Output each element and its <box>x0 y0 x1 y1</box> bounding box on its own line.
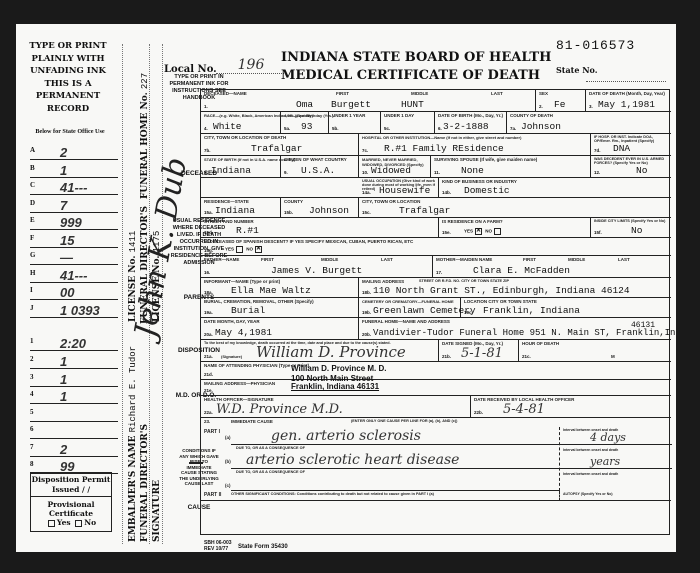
code-line-i: I00 <box>30 286 118 300</box>
part-2-section[interactable]: PART II OTHER SIGNIFICANT CONDITIONS: Co… <box>201 491 559 501</box>
provisional-no-checkbox[interactable] <box>75 520 82 527</box>
race-field[interactable]: RACE—(e.g. White, Black, American Indian… <box>201 112 281 133</box>
code-line-c: C41--- <box>30 181 118 195</box>
attending-physician-field[interactable]: NAME OF ATTENDING PHYSICIAN (Type or Pri… <box>201 362 671 380</box>
residence-state-field[interactable]: RESIDENCE—STATE 15a. Indiana <box>201 198 281 217</box>
spanish-no-checkbox[interactable]: ✕ <box>255 246 262 253</box>
cause-b-line[interactable]: (b) arterio sclerotic heart disease <box>231 447 559 469</box>
code-line-2: 21 <box>30 355 118 369</box>
marital-status-field[interactable]: MARRIED, NEVER MARRIED, WIDOWED, DIVORCE… <box>359 156 431 177</box>
interval-b[interactable]: Interval between onset and death years <box>560 447 672 469</box>
under-1-year-field[interactable]: UNDER 1 YEAR 5b. <box>329 112 381 133</box>
state-form-number: State Form 35430 <box>238 544 288 550</box>
instruction-line: THIS IS A <box>22 78 114 91</box>
instruction-line: UNFADING INK <box>22 65 114 78</box>
city-limits-field[interactable]: INSIDE CITY LIMITS (Specify Yes or No) 1… <box>591 218 671 237</box>
form-code: SBH 06-003 REV 10/77 <box>204 540 232 552</box>
row-street: STREET AND NUMBER 15d. R.#1 IS RESIDENCE… <box>201 218 671 238</box>
instruction-line: RECORD <box>22 103 114 116</box>
row-health-officer: HEALTH OFFICER—SIGNATURE 22a. W.D. Provi… <box>201 396 671 418</box>
surviving-spouse-field[interactable]: SURVIVING SPOUSE (If wife, give maiden n… <box>431 156 591 177</box>
local-no-value: 196 <box>216 57 286 74</box>
code-line-j: J1 0393 <box>30 304 118 318</box>
informant-address-field[interactable]: MAILING ADDRESS STREET OR R.F.D. NO. CIT… <box>359 278 671 297</box>
residence-street-field[interactable]: STREET AND NUMBER 15d. R.#1 <box>201 218 439 237</box>
row-residence: RESIDENCE—STATE 15a. Indiana COUNTY 15b.… <box>201 198 671 218</box>
physician-address-field[interactable]: MAILING ADDRESS—PHYSICIAN 21e. Franklin,… <box>201 380 671 396</box>
sex-field[interactable]: SEX 2. Fe <box>536 90 586 111</box>
interval-c[interactable]: Interval between onset and death <box>560 471 672 491</box>
part-1-section: PART I (a) gen. arterio sclerosis DUE TO… <box>201 427 671 501</box>
instruction-line: TYPE OR PRINT <box>22 40 114 53</box>
immediate-cause-header: 23. IMMEDIATE CAUSE (ENTER ONLY ONE CAUS… <box>201 418 671 427</box>
code-line-e: E999 <box>30 216 118 230</box>
interval-a[interactable]: Interval between onset and death 4 days <box>560 427 672 445</box>
conditions-arrow <box>189 462 203 464</box>
row-place-of-death: CITY, TOWN OR LOCATION OF DEATH 7b. Traf… <box>201 134 671 156</box>
funeral-home-field[interactable]: FUNERAL HOME—NAME AND ADDRESS 20b. Vandi… <box>359 318 671 339</box>
title-line-1: INDIANA STATE BOARD OF HEALTH <box>281 50 551 65</box>
row-parents: FATHER—NAME FIRST MIDDLE LAST 16. James … <box>201 256 671 278</box>
code-line-6: 6 <box>30 425 118 439</box>
blank-cell <box>201 178 359 197</box>
row-race-age: RACE—(e.g. White, Black, American Indian… <box>201 112 671 134</box>
farm-no-checkbox[interactable] <box>494 228 501 235</box>
cemetery-location-field[interactable]: LOCATION CITY OR TOWN STATE 19c. Frankli… <box>461 298 671 317</box>
date-received-field[interactable]: DATE RECEIVED BY LOCAL HEALTH OFFICER 22… <box>471 396 671 417</box>
under-1-day-field[interactable]: UNDER 1 DAY 5c. <box>381 112 435 133</box>
disposition-date-field[interactable]: DATE MONTH, DAY, YEAR 20a. May 4,1981 <box>201 318 359 339</box>
disposition-method-field[interactable]: BURIAL, CREMATION, REMOVAL, OTHER (Speci… <box>201 298 359 317</box>
code-line-4: 41 <box>30 390 118 404</box>
name-field[interactable]: DECEASED—NAME FIRST MIDDLE LAST 1. Oma B… <box>201 90 536 111</box>
disposition-permit-box: Disposition Permit Issued / / Provisiona… <box>30 472 112 532</box>
code-line-3: 31 <box>30 373 118 387</box>
provisional-yes-checkbox[interactable] <box>48 520 55 527</box>
funeral-director-label: FUNERAL DIRECTOR'S <box>140 424 150 542</box>
code-line-b: B1 <box>30 164 118 178</box>
armed-forces-field[interactable]: WAS DECEDENT EVER IN U.S. ARMED FORCES? … <box>591 156 671 177</box>
city-of-death-field[interactable]: CITY, TOWN OR LOCATION OF DEATH 7b. Traf… <box>201 134 359 155</box>
title-line-2: MEDICAL CERTIFICATE OF DEATH <box>281 68 540 83</box>
row-certifier: To the best of my knowledge, death occur… <box>201 340 671 362</box>
certificate-number: 81-016573 <box>556 38 635 53</box>
instruction-line: PLAINLY WITH <box>22 53 114 66</box>
code-line-7: 72 <box>30 443 118 457</box>
hour-of-death-field[interactable]: HOUR OF DEATH 21c. M <box>519 340 671 361</box>
occupation-field[interactable]: USUAL OCCUPATION (Give kind of work done… <box>359 178 439 197</box>
embalmers-name-field: EMBALMER'S NAME Richard E. Tudor <box>128 346 138 542</box>
mother-name-field[interactable]: MOTHER—MAIDEN NAME FIRST MIDDLE LAST 17.… <box>433 256 671 277</box>
local-no-label: Local No. <box>164 64 217 75</box>
row-name: DECEASED—NAME FIRST MIDDLE LAST 1. Oma B… <box>201 90 671 112</box>
date-signed-field[interactable]: DATE SIGNED (Mo., Day, Yr.) 21b. 5-1-81 <box>439 340 519 361</box>
cemetery-field[interactable]: CEMETERY OR CREMATORY—FUNERAL HOME 19b. … <box>359 298 461 317</box>
code-line-d: D7 <box>30 199 118 213</box>
state-office-label: Below for State Office Use <box>20 128 120 135</box>
code-line-h: H41--- <box>30 269 118 283</box>
disposition-permit-label: Disposition Permit Issued / / <box>31 473 111 497</box>
residence-city-field[interactable]: CITY, TOWN OR LOCATION 15c. Trafalgar <box>359 198 671 217</box>
autopsy-field[interactable]: AUTOPSY (Specify Yes or No) <box>559 491 671 501</box>
separator <box>122 44 123 544</box>
code-line-g: G— <box>30 251 118 265</box>
code-line-f: F15 <box>30 234 118 248</box>
row-spanish: IS DECEASED OF SPANISH DESCENT? IF YES S… <box>201 238 671 256</box>
row-occupation: USUAL OCCUPATION (Give kind of work done… <box>201 178 671 198</box>
signature-label: SIGNATURE <box>152 480 162 542</box>
instructions-block: TYPE OR PRINT PLAINLY WITH UNFADING INK … <box>22 40 114 115</box>
row-birth-marital: STATE OF BIRTH (If not in U.S.A. name co… <box>201 156 671 178</box>
state-no-field[interactable] <box>586 81 666 82</box>
row-burial: BURIAL, CREMATION, REMOVAL, OTHER (Speci… <box>201 298 671 318</box>
code-line-1: 12:20 <box>30 337 118 351</box>
funeral-home-no-field: FUNERAL HOME No. 227 <box>140 73 150 199</box>
interval-column: Interval between onset and death 4 days … <box>559 427 671 491</box>
provisional-no-label: No <box>84 518 96 527</box>
informant-field[interactable]: INFORMANT—NAME (Type or print) 18a. Ella… <box>201 278 359 297</box>
cause-a-line[interactable]: (a) gen. arterio sclerosis <box>231 427 559 445</box>
date-of-death-field[interactable]: DATE OF DEATH (Month, Day, Year) 3. May … <box>586 90 671 111</box>
death-certificate: TYPE OR PRINT PLAINLY WITH UNFADING INK … <box>16 24 676 552</box>
state-of-birth-field[interactable]: STATE OF BIRTH (If not in U.S.A. name co… <box>201 156 281 177</box>
spanish-yes-checkbox[interactable] <box>236 246 243 253</box>
provisional-certificate-label: Provisional Certificate <box>31 500 111 518</box>
hosp-status-field[interactable]: IF HOSP. OR INST. Indicate DOA, OP/Emer.… <box>591 134 671 155</box>
code-line-5: 5 <box>30 408 118 422</box>
age-field[interactable]: AGE—Last Birthday (Yrs.) 5a. 93 <box>281 112 329 133</box>
instruction-line: PERMANENT <box>22 90 114 103</box>
code-line-a: A2 <box>30 146 118 160</box>
row-funeral-home: DATE MONTH, DAY, YEAR 20a. May 4,1981 FU… <box>201 318 671 340</box>
industry-field[interactable]: KIND OF BUSINESS OR INDUSTRY 14b. Domest… <box>439 178 671 197</box>
county-of-death-field[interactable]: COUNTY OF DEATH 7a. Johnson <box>507 112 671 133</box>
certifier-signature-field[interactable]: To the best of my knowledge, death occur… <box>201 340 439 361</box>
provisional-yes-label: Yes <box>57 518 71 527</box>
cause-c-line[interactable]: (c) <box>231 471 559 491</box>
row-informant: INFORMANT—NAME (Type or print) 18a. Ella… <box>201 278 671 298</box>
date-of-birth-field[interactable]: DATE OF BIRTH (Mo., Day, Yr.) 6. 3-2-188… <box>435 112 507 133</box>
farm-yes-checkbox[interactable]: ✕ <box>475 228 482 235</box>
citizen-field[interactable]: CITIZEN OF WHAT COUNTRY 9. U.S.A. <box>281 156 359 177</box>
state-no-label: State No. <box>556 66 616 75</box>
farm-field: IS RESIDENCE ON A FARM? 15e. YES✕ NO <box>439 218 591 237</box>
residence-county-field[interactable]: COUNTY 15b. Johnson <box>281 198 359 217</box>
health-officer-signature-field[interactable]: HEALTH OFFICER—SIGNATURE 22a. W.D. Provi… <box>201 396 471 417</box>
hospital-field[interactable]: HOSPITAL OR OTHER INSTITUTION—Name (If n… <box>359 134 591 155</box>
father-name-field[interactable]: FATHER—NAME FIRST MIDDLE LAST 16. James … <box>201 256 433 277</box>
certificate-form: DECEASED—NAME FIRST MIDDLE LAST 1. Oma B… <box>200 89 670 535</box>
